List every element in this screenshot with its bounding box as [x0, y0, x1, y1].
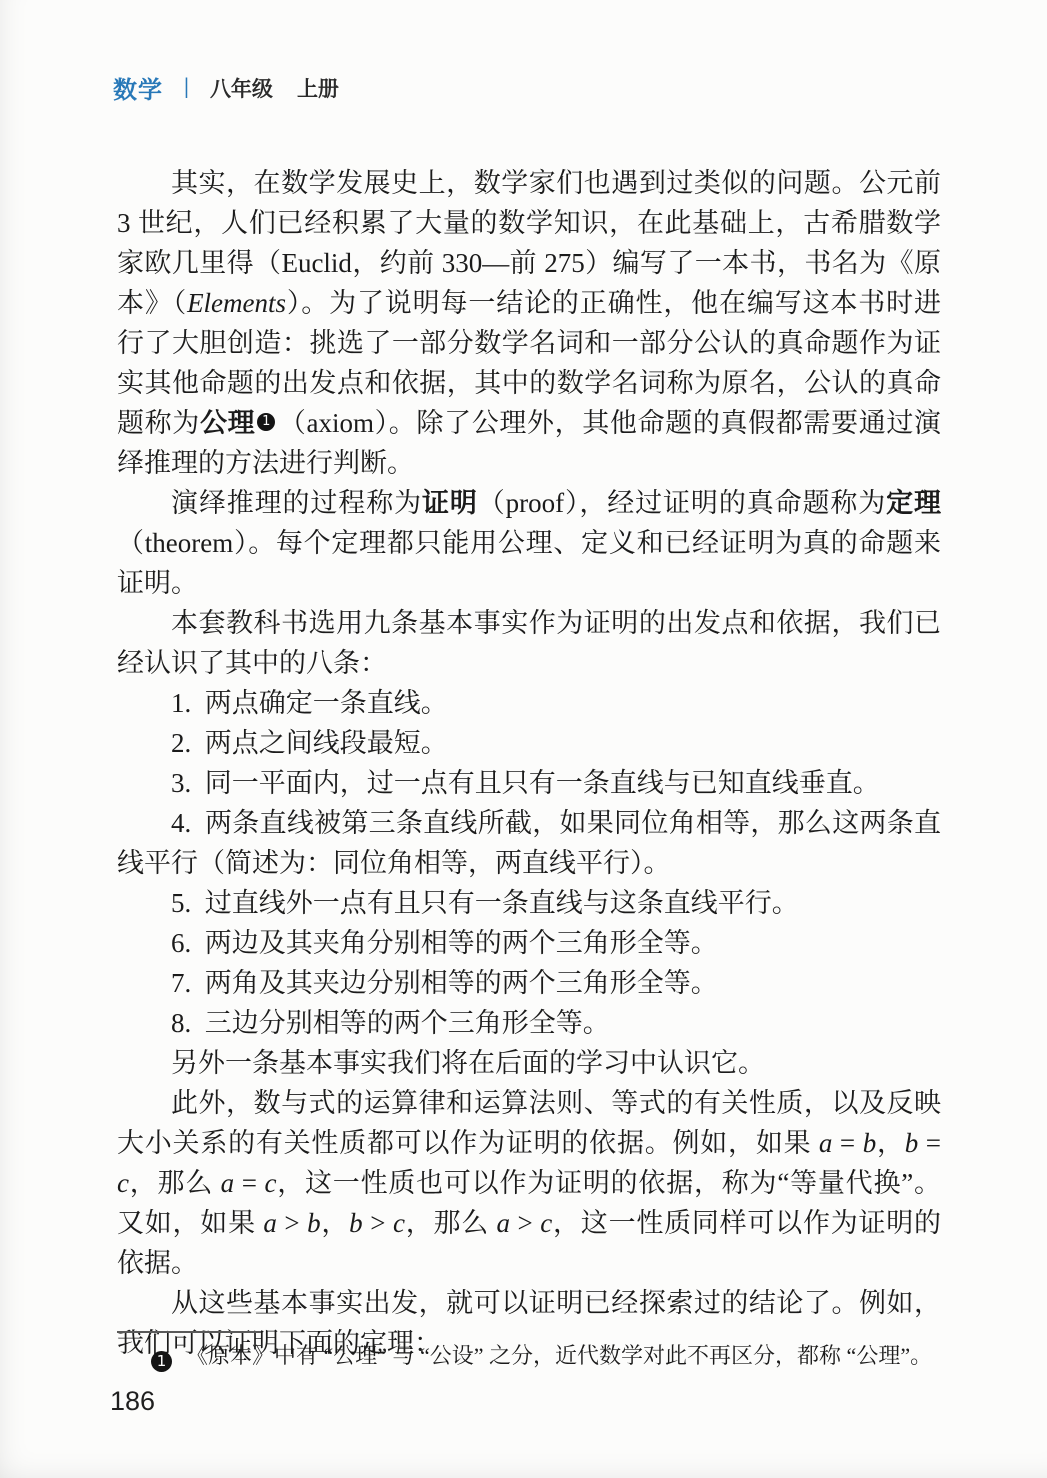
text-segment: 本套教科书选用九条基本事实作为证明的出发点和依据，我们已经认识了其中的八条： [117, 608, 941, 678]
text-segment: 3. 同一平面内，过一点有且只有一条直线与已知直线垂直。 [171, 768, 880, 798]
text-segment: c [117, 1168, 129, 1198]
text-segment: b [863, 1128, 877, 1158]
text-segment: b [349, 1208, 363, 1238]
text-segment: a [819, 1128, 833, 1158]
paragraph: 演绎推理的过程称为证明（proof），经过证明的真命题称为定理（theorem）… [117, 483, 941, 603]
text-segment: 定理 [886, 488, 941, 518]
text-segment: a [263, 1208, 277, 1238]
list-item: 3. 同一平面内，过一点有且只有一条直线与已知直线垂直。 [117, 763, 941, 803]
list-item: 6. 两边及其夹角分别相等的两个三角形全等。 [117, 923, 941, 963]
text-segment: c [540, 1208, 552, 1238]
text-segment: ，那么 [405, 1208, 497, 1238]
text-segment: 此外，数与式的运算律和运算法则、等式的有关性质，以及反映大小关系的有关性质都可以… [117, 1088, 941, 1158]
body-text: 其实，在数学发展史上，数学家们也遇到过类似的问题。公元前 3 世纪，人们已经积累… [117, 163, 941, 1363]
text-segment: （proof），经过证明的真命题称为 [478, 488, 886, 518]
page-number: 186 [110, 1386, 155, 1417]
footnote-text: 《原本》中有 “公理” 与 “公设” 之分，近代数学对此不再区分，都称 “公理”… [186, 1343, 932, 1368]
paragraph: 此外，数与式的运算律和运算法则、等式的有关性质，以及反映大小关系的有关性质都可以… [117, 1083, 941, 1283]
footnote: 1《原本》中有 “公理” 与 “公设” 之分，近代数学对此不再区分，都称 “公理… [117, 1340, 949, 1372]
text-segment: ，那么 [129, 1168, 221, 1198]
text-segment: 8. 三边分别相等的两个三角形全等。 [171, 1008, 610, 1038]
text-segment: = [832, 1128, 862, 1158]
text-segment: （theorem）。每个定理都只能用公理、定义和已经证明为真的命题来证明。 [117, 528, 941, 598]
list-item: 7. 两角及其夹边分别相等的两个三角形全等。 [117, 963, 941, 1003]
text-segment: b [905, 1128, 919, 1158]
text-segment: 6. 两边及其夹角分别相等的两个三角形全等。 [171, 928, 718, 958]
volume-label: 上册 [297, 73, 339, 103]
text-segment: = [918, 1128, 941, 1158]
list-item: 4. 两条直线被第三条直线所截，如果同位角相等，那么这两条直线平行（简述为：同位… [117, 803, 941, 883]
text-segment: = [234, 1168, 264, 1198]
page: 数学 | 八年级 上册 其实，在数学发展史上，数学家们也遇到过类似的问题。公元前… [0, 0, 1047, 1478]
text-segment: 公理 [200, 408, 255, 438]
text-segment: c [264, 1168, 276, 1198]
text-segment: 1. 两点确定一条直线。 [171, 688, 448, 718]
text-segment: 4. 两条直线被第三条直线所截，如果同位角相等，那么这两条直线平行（简述为：同位… [117, 808, 941, 878]
text-segment: ， [876, 1128, 905, 1158]
text-segment: c [393, 1208, 405, 1238]
text-segment: 另外一条基本事实我们将在后面的学习中认识它。 [171, 1048, 765, 1078]
grade-label: 八年级 [210, 73, 273, 103]
list-item: 8. 三边分别相等的两个三角形全等。 [117, 1003, 941, 1043]
text-segment: 演绎推理的过程称为 [171, 488, 422, 518]
paragraph: 其实，在数学发展史上，数学家们也遇到过类似的问题。公元前 3 世纪，人们已经积累… [117, 163, 941, 483]
list-item: 5. 过直线外一点有且只有一条直线与这条直线平行。 [117, 883, 941, 923]
page-header: 数学 | 八年级 上册 [113, 70, 339, 105]
paragraph: 本套教科书选用九条基本事实作为证明的出发点和依据，我们已经认识了其中的八条： [117, 603, 941, 683]
list-item: 2. 两点之间线段最短。 [117, 723, 941, 763]
header-separator: | [184, 75, 189, 100]
text-segment: 5. 过直线外一点有且只有一条直线与这条直线平行。 [171, 888, 799, 918]
list-item: 1. 两点确定一条直线。 [117, 683, 941, 723]
text-segment: 7. 两角及其夹边分别相等的两个三角形全等。 [171, 968, 718, 998]
text-segment: 证明 [422, 488, 478, 518]
text-segment: > [277, 1208, 307, 1238]
text-segment: > [363, 1208, 393, 1238]
text-segment: ， [321, 1208, 350, 1238]
text-segment: a [497, 1208, 511, 1238]
footnote-marker-icon: 1 [151, 1351, 172, 1372]
subject-label: 数学 [113, 70, 163, 105]
text-segment: b [307, 1208, 321, 1238]
text-segment: a [221, 1168, 235, 1198]
text-segment: > [510, 1208, 540, 1238]
footnote-divider [117, 1331, 261, 1333]
paragraph: 另外一条基本事实我们将在后面的学习中认识它。 [117, 1043, 941, 1083]
text-segment: 2. 两点之间线段最短。 [171, 728, 448, 758]
footnote-ref-marker-icon: 1 [257, 413, 275, 431]
text-segment: Elements [187, 288, 286, 318]
